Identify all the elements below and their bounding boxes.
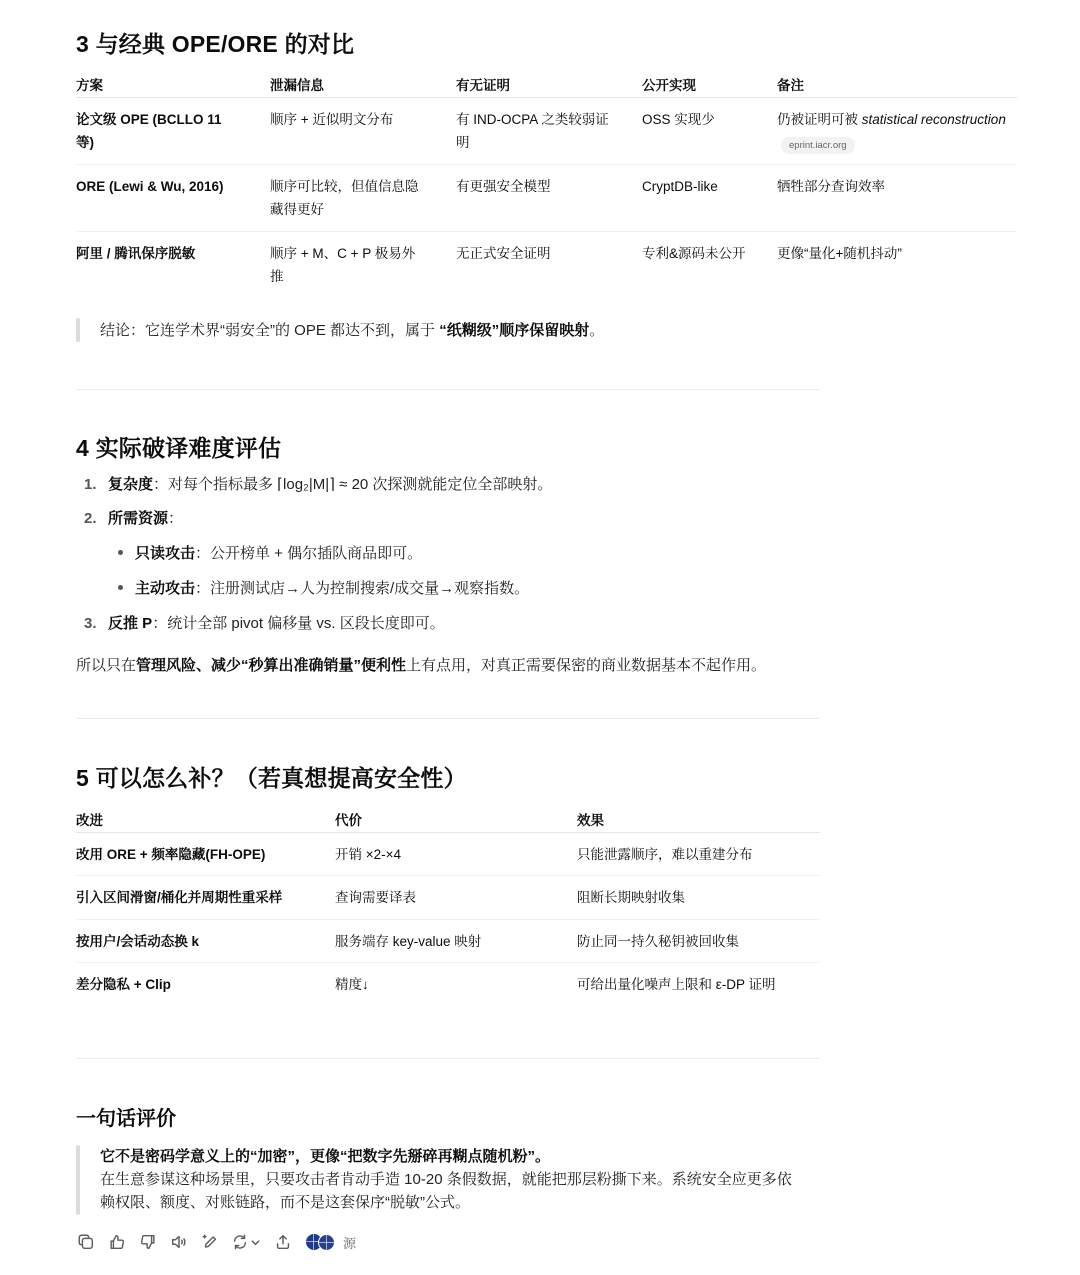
sub-item-bold: 只读攻击 <box>135 545 195 562</box>
cell-effect: 可给出量化噪声上限和 ε-DP 证明 <box>577 973 776 996</box>
conclusion-bold: “纸糊级”顺序保留映射 <box>439 322 589 339</box>
copy-button[interactable] <box>76 1232 96 1252</box>
cell-note: 仍被证明可被 statistical reconstruction <box>777 108 1006 131</box>
table-header-note: 备注 <box>777 74 804 94</box>
table-header-improve: 改进 <box>76 809 103 829</box>
cell-cost: 服务端存 key-value 映射 <box>335 930 481 953</box>
row-divider <box>76 875 820 876</box>
regenerate-icon <box>231 1233 249 1251</box>
table-header-divider <box>76 97 1017 98</box>
conclusion-suffix: 。 <box>589 322 604 339</box>
sub-list-item: 主动攻击：注册测试店→人为控制搜索/成交量→观察指数。 <box>118 578 529 600</box>
thumbs-down-button[interactable] <box>138 1232 158 1252</box>
section-3-title: 3 与经典 OPE/ORE 的对比 <box>76 26 354 59</box>
cell-proof-line1: 有 IND-OCPA 之类较弱证 <box>456 108 609 131</box>
share-icon <box>274 1233 292 1251</box>
read-aloud-button[interactable] <box>169 1232 189 1252</box>
cell-note: 牺牲部分查询效率 <box>777 175 885 198</box>
thumbs-down-icon <box>139 1233 157 1251</box>
regenerate-button[interactable] <box>231 1233 261 1251</box>
cell-scheme: 论文级 OPE (BCLLO 11 等) <box>76 108 222 154</box>
section-5-title: 5 可以怎么补？（若真想提高安全性） <box>76 760 467 793</box>
bullet-icon <box>118 585 123 590</box>
cell-proof: 有更强安全模型 <box>456 175 551 198</box>
thumbs-up-button[interactable] <box>107 1232 127 1252</box>
sub-item-text: ：公开榜单 + 偶尔插队商品即可。 <box>195 545 422 562</box>
list-item-text: ：统计全部 pivot 偏移量 vs. 区段长度即可。 <box>152 615 445 632</box>
summary-bold: 管理风险、减少“秒算出准确销量”便利性 <box>136 657 406 674</box>
cell-scheme-line2: 等) <box>76 131 222 154</box>
conclusion-quote: 结论：它连学术界“弱安全”的 OPE 都达不到，属于 “纸糊级”顺序保留映射。 <box>100 319 604 342</box>
source-citation[interactable]: eprint.iacr.org <box>781 135 855 154</box>
row-divider <box>76 231 1017 232</box>
cell-proof: 无正式安全证明 <box>456 242 551 265</box>
list-number: 3. <box>84 613 108 635</box>
source-pill-eprint[interactable]: eprint.iacr.org <box>781 137 855 154</box>
message-action-bar: 源 <box>76 1231 356 1253</box>
cell-improve: 按用户/会话动态换 k <box>76 930 199 953</box>
cell-cost: 精度↓ <box>335 973 369 996</box>
table-header-cost: 代价 <box>335 809 362 829</box>
cell-proof-line2: 明 <box>456 131 609 154</box>
cell-effect: 阻断长期映射收集 <box>577 886 685 909</box>
section-divider <box>76 1058 820 1059</box>
section-4-title: 4 实际破译难度评估 <box>76 430 281 463</box>
read-aloud-icon <box>170 1233 188 1251</box>
summary-text: 所以只在 <box>76 657 136 674</box>
cell-improve: 差分隐私 + Clip <box>76 973 171 996</box>
source-favicon-icon <box>318 1234 335 1251</box>
cell-impl: OSS 实现少 <box>642 108 715 131</box>
verdict-line: 赖权限、额度、对账链路，而不是这套保序“脱敏”公式。 <box>100 1191 792 1214</box>
row-divider <box>76 164 1017 165</box>
cell-impl: 专利&源码未公开 <box>642 242 746 265</box>
cell-scheme-line1: 论文级 OPE (BCLLO 11 <box>76 108 222 131</box>
sub-item-text: ：注册测试店→人为控制搜索/成交量→观察指数。 <box>195 580 529 597</box>
table-header-leak: 泄漏信息 <box>270 74 324 94</box>
cell-leak: 顺序可比较，但值信息隐 藏得更好 <box>270 175 419 221</box>
row-divider <box>76 962 820 963</box>
cell-proof: 有 IND-OCPA 之类较弱证 明 <box>456 108 609 154</box>
cell-scheme: ORE (Lewi & Wu, 2016) <box>76 175 224 198</box>
table-header-divider <box>76 832 820 833</box>
verdict-quote: 它不是密码学意义上的“加密”，更像“把数字先掰碎再糊点随机粉”。 在生意参谋这种… <box>100 1145 792 1214</box>
note-text: 仍被证明可被 <box>777 112 862 127</box>
cell-effect: 只能泄露顺序，难以重建分布 <box>577 843 753 866</box>
blockquote-bar <box>76 1145 80 1215</box>
copy-icon <box>77 1233 95 1251</box>
list-item: 3.反推 P：统计全部 pivot 偏移量 vs. 区段长度即可。 <box>84 613 445 635</box>
bullet-icon <box>118 550 123 555</box>
table-header-impl: 公开实现 <box>642 74 696 94</box>
cell-leak-line1: 顺序 + M、C + P 极易外 <box>270 242 415 265</box>
cell-leak-line2: 藏得更好 <box>270 198 419 221</box>
summary-paragraph: 所以只在管理风险、减少“秒算出准确销量”便利性上有点用，对真正需要保密的商业数据… <box>76 655 766 677</box>
chevron-down-icon <box>250 1237 261 1248</box>
cell-cost: 开销 ×2-×4 <box>335 843 401 866</box>
list-number: 1. <box>84 474 108 496</box>
cell-effect: 防止同一持久秘钥被回收集 <box>577 930 739 953</box>
edit-button[interactable] <box>200 1232 220 1252</box>
sources-label: 源 <box>343 1233 356 1252</box>
table-header-scheme: 方案 <box>76 74 103 94</box>
section-divider <box>76 389 820 390</box>
thumbs-up-icon <box>108 1233 126 1251</box>
conclusion-text: 结论：它连学术界“弱安全”的 OPE 都达不到，属于 <box>100 322 439 339</box>
row-divider <box>76 919 820 920</box>
list-number: 2. <box>84 508 108 530</box>
note-italic-text: statistical reconstruction <box>862 112 1006 127</box>
list-item-bold: 所需资源 <box>108 510 168 527</box>
cell-improve: 改用 ORE + 频率隐藏(FH-OPE) <box>76 843 265 866</box>
summary-suffix: 上有点用，对真正需要保密的商业数据基本不起作用。 <box>406 657 766 674</box>
sources-button[interactable]: 源 <box>306 1233 356 1252</box>
cell-improve: 引入区间滑窗/桶化并周期性重采样 <box>76 886 282 909</box>
blockquote-bar <box>76 318 80 342</box>
verdict-line: 在生意参谋这种场景里，只要攻击者肯动手造 10-20 条假数据，就能把那层粉撕下… <box>100 1168 792 1191</box>
cell-scheme: 阿里 / 腾讯保序脱敏 <box>76 242 195 265</box>
cell-note: 更像“量化+随机抖动” <box>777 242 902 265</box>
table-header-effect: 效果 <box>577 809 604 829</box>
list-item-text: ：对每个指标最多 ⌈log₂|M|⌉ ≈ 20 次探测就能定位全部映射。 <box>153 476 552 493</box>
list-item-bold: 反推 P <box>108 615 152 632</box>
section-divider <box>76 718 820 719</box>
cell-leak: 顺序 + M、C + P 极易外 推 <box>270 242 415 288</box>
verdict-title: 一句话评价 <box>76 1102 176 1131</box>
sub-item-bold: 主动攻击 <box>135 580 195 597</box>
list-item-bold: 复杂度 <box>108 476 153 493</box>
verdict-bold-line: 它不是密码学意义上的“加密”，更像“把数字先掰碎再糊点随机粉”。 <box>100 1148 550 1165</box>
cell-impl: CryptDB-like <box>642 175 718 198</box>
table-header-proof: 有无证明 <box>456 74 510 94</box>
cell-cost: 查询需要译表 <box>335 886 416 909</box>
cell-leak: 顺序 + 近似明文分布 <box>270 108 393 131</box>
edit-icon <box>201 1233 219 1251</box>
cell-leak-line1: 顺序可比较，但值信息隐 <box>270 175 419 198</box>
sub-list-item: 只读攻击：公开榜单 + 偶尔插队商品即可。 <box>118 543 422 565</box>
list-item-text: ： <box>168 510 183 527</box>
list-item: 2.所需资源： <box>84 508 183 530</box>
list-item: 1.复杂度：对每个指标最多 ⌈log₂|M|⌉ ≈ 20 次探测就能定位全部映射… <box>84 474 552 496</box>
share-button[interactable] <box>273 1232 293 1252</box>
cell-leak-line2: 推 <box>270 265 415 288</box>
